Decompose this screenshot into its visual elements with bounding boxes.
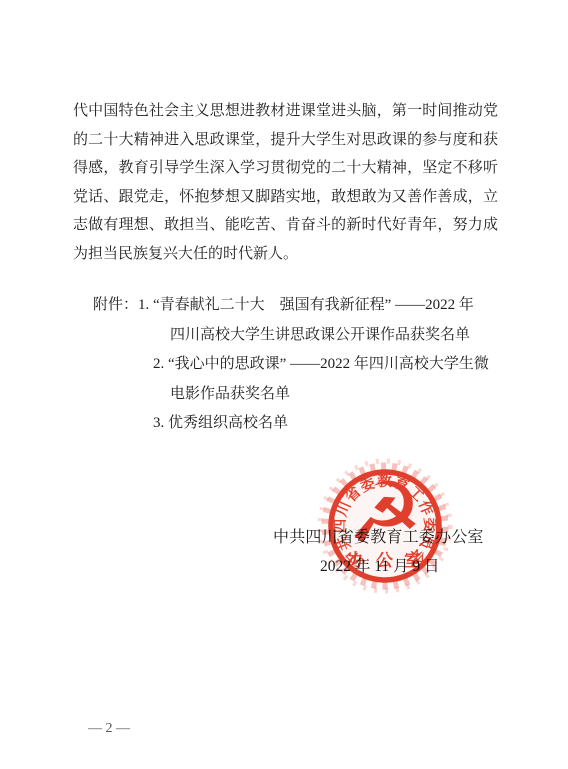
attachment-item-3-line-1: 3. 优秀组织高校名单: [153, 409, 288, 438]
attachment-item-1-line-2: 四川高校大学生讲思政课公开课作品获奖名单: [170, 321, 470, 350]
body-line-5: 志做有理想、敢担当、能吃苦、肯奋斗的新时代好青年，努力成: [73, 211, 498, 240]
page-number: — 2 —: [88, 720, 130, 738]
body-line-6: 为担当民族复兴大任的时代新人。: [73, 240, 498, 269]
signature-office: 中共四川省委教育工委办公室: [273, 523, 484, 552]
body-line-2: 的二十大精神进入思政课堂，提升大学生对思政课的参与度和获: [73, 126, 498, 155]
attachment-item-1-text: 1. “青春献礼二十大 强国有我新征程” ——2022 年: [138, 297, 474, 313]
body-paragraph: 代中国特色社会主义思想进教材进课堂进头脑，第一时间推动党 的二十大精神进入思政课…: [73, 97, 498, 268]
attachment-item-2-line-2: 电影作品获奖名单: [170, 380, 290, 409]
attachment-label: 附件：: [93, 297, 138, 313]
signature-date: 2022 年 11 月 9 日: [320, 552, 440, 581]
body-line-3: 得感，教育引导学生深入学习贯彻党的二十大精神，坚定不移听: [73, 154, 498, 183]
attachment-item-2-line-1: 2. “我心中的思政课” ——2022 年四川高校大学生微: [153, 350, 489, 379]
body-line-4: 党话、跟党走，怀抱梦想又脚踏实地，敢想敢为又善作善成，立: [73, 183, 498, 212]
attachment-item-1-line-1: 附件：1. “青春献礼二十大 强国有我新征程” ——2022 年: [93, 291, 474, 320]
body-line-1: 代中国特色社会主义思想进教材进课堂进头脑，第一时间推动党: [73, 97, 498, 126]
document-page: 代中国特色社会主义思想进教材进课堂进头脑，第一时间推动党 的二十大精神进入思政课…: [0, 0, 568, 769]
